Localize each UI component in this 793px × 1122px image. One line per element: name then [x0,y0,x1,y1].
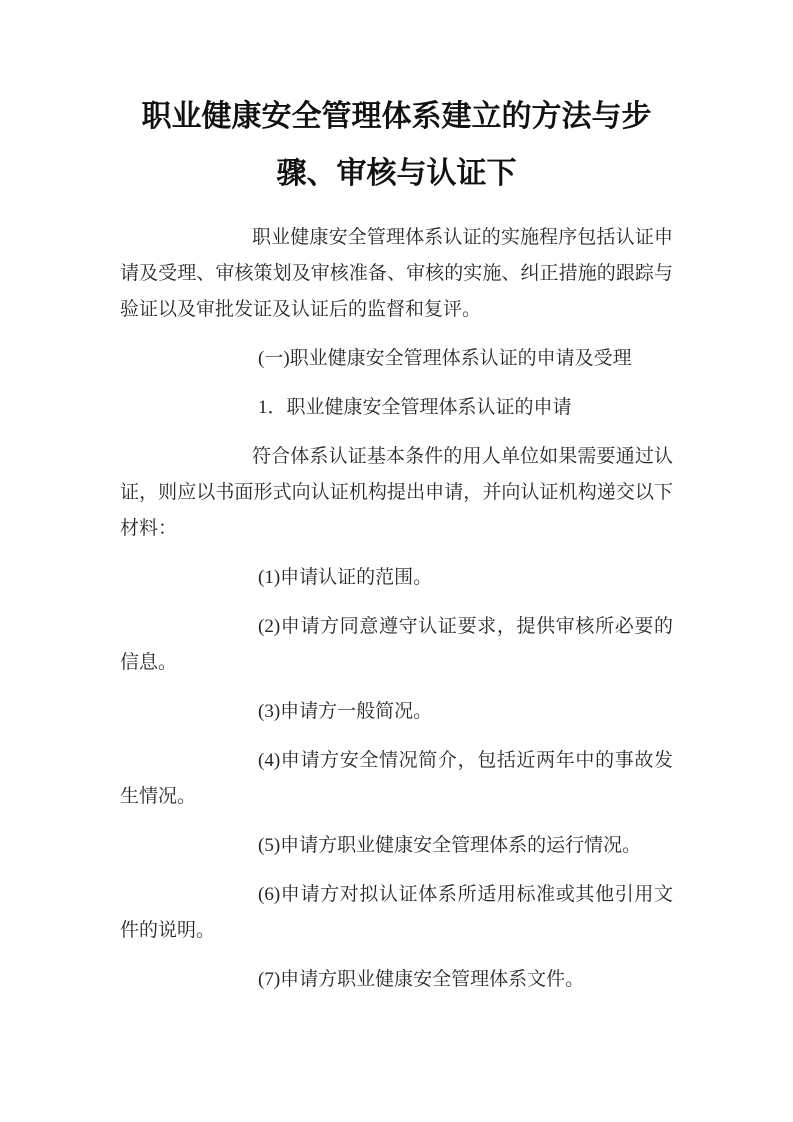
paragraph-item-1: (1)申请认证的范围。 [120,560,673,596]
document-page: 职业健康安全管理体系建立的方法与步骤、审核与认证下 职业健康安全管理体系认证的实… [0,0,793,1122]
paragraph-item-6: (6)申请方对拟认证体系所适用标准或其他引用文件的说明。 [120,877,673,949]
paragraph-section-heading: (一)职业健康安全管理体系认证的申请及受理 [120,341,673,377]
paragraph-item-7: (7)申请方职业健康安全管理体系文件。 [120,962,673,998]
document-body: 职业健康安全管理体系认证的实施程序包括认证申请及受理、审核策划及审核准备、审核的… [120,220,673,998]
paragraph-intro: 职业健康安全管理体系认证的实施程序包括认证申请及受理、审核策划及审核准备、审核的… [120,220,673,328]
paragraph-item-5: (5)申请方职业健康安全管理体系的运行情况。 [120,828,673,864]
paragraph-item-2: (2)申请方同意遵守认证要求，提供审核所必要的信息。 [120,609,673,681]
paragraph-subsection-heading: 1．职业健康安全管理体系认证的申请 [120,390,673,426]
paragraph-item-4: (4)申请方安全情况简介，包括近两年中的事故发生情况。 [120,743,673,815]
paragraph-requirements-intro: 符合体系认证基本条件的用人单位如果需要通过认证，则应以书面形式向认证机构提出申请… [120,439,673,547]
paragraph-item-3: (3)申请方一般简况。 [120,694,673,730]
document-title: 职业健康安全管理体系建立的方法与步骤、审核与认证下 [132,88,662,202]
